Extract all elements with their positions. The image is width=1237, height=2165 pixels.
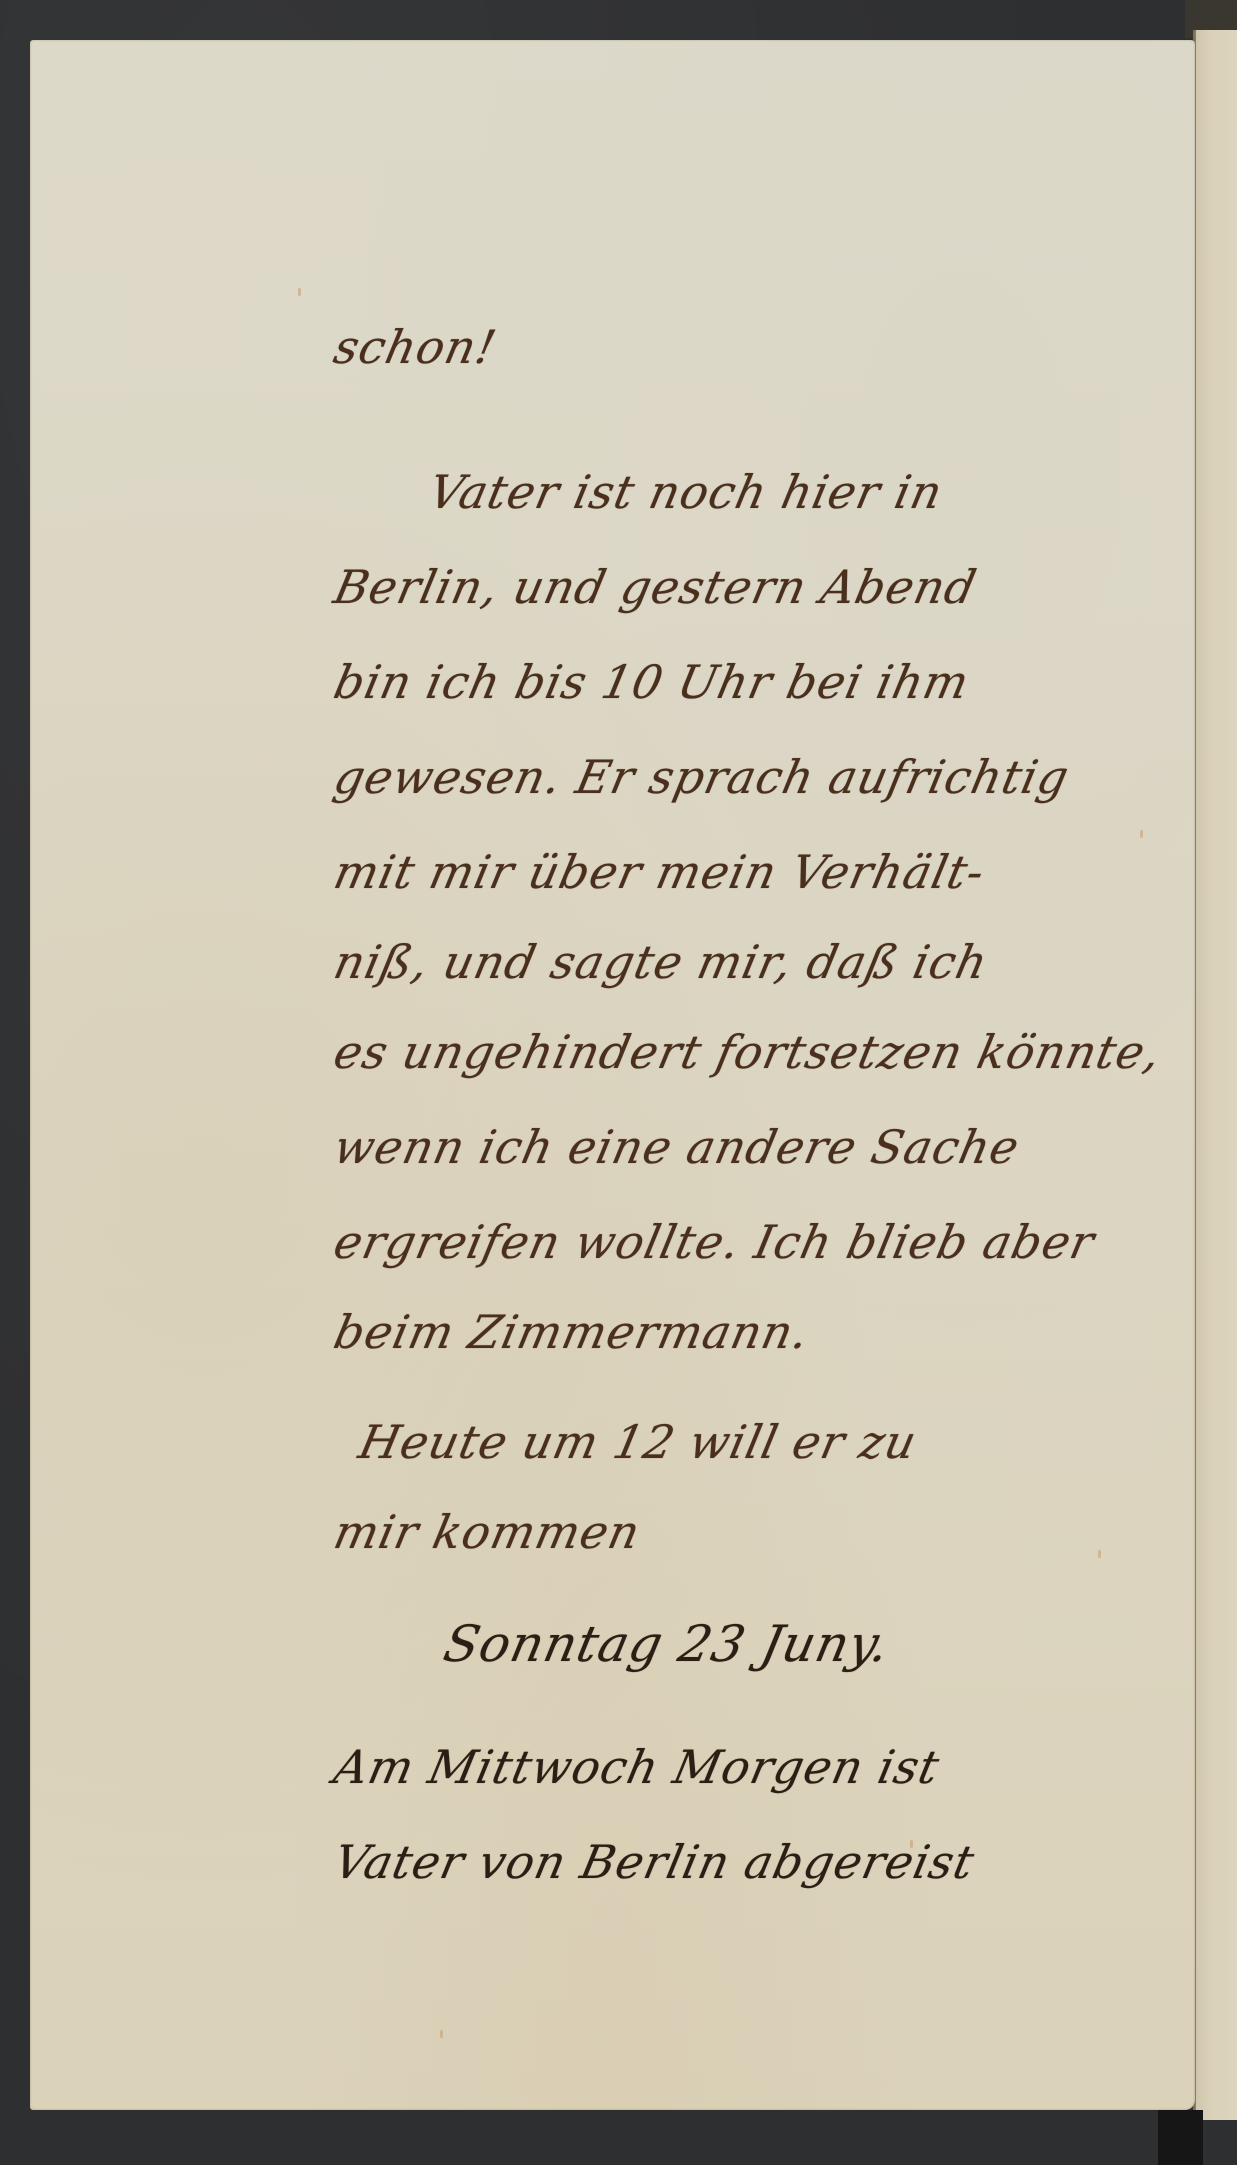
text-line: mit mir über mein Verhält-	[329, 845, 990, 899]
text-line: Heute um 12 will er zu	[354, 1415, 922, 1469]
handwritten-text: schon! Vater ist noch hier in Berlin, un…	[30, 40, 1195, 2110]
text-line: beim Zimmermann.	[329, 1305, 814, 1359]
text-line: niß, und sagte mir, daß ich	[329, 935, 993, 989]
manuscript-scan: schon! Vater ist noch hier in Berlin, un…	[0, 0, 1237, 2165]
text-line: ergreifen wollte. Ich blieb aber	[329, 1215, 1099, 1269]
text-line: mir kommen	[329, 1505, 645, 1559]
text-line: Vater ist noch hier in	[424, 465, 947, 519]
text-line: bin ich bis 10 Uhr bei ihm	[329, 655, 974, 709]
text-line: wenn ich eine andere Sache	[329, 1120, 1024, 1174]
scan-background-edge-bottom	[1158, 2110, 1203, 2165]
adjacent-page-edge	[1195, 30, 1237, 2120]
manuscript-page: schon! Vater ist noch hier in Berlin, un…	[30, 40, 1195, 2110]
text-line: Berlin, und gestern Abend	[329, 560, 981, 614]
text-line: Am Mittwoch Morgen ist	[329, 1740, 944, 1794]
date-heading: Sonntag 23 Juny.	[439, 1615, 895, 1673]
text-line: es ungehindert fortsetzen könnte,	[329, 1025, 1166, 1079]
text-line: Vater von Berlin abgereist	[329, 1835, 979, 1889]
text-line: schon!	[329, 320, 501, 374]
text-line: gewesen. Er sprach aufrichtig	[329, 750, 1074, 804]
